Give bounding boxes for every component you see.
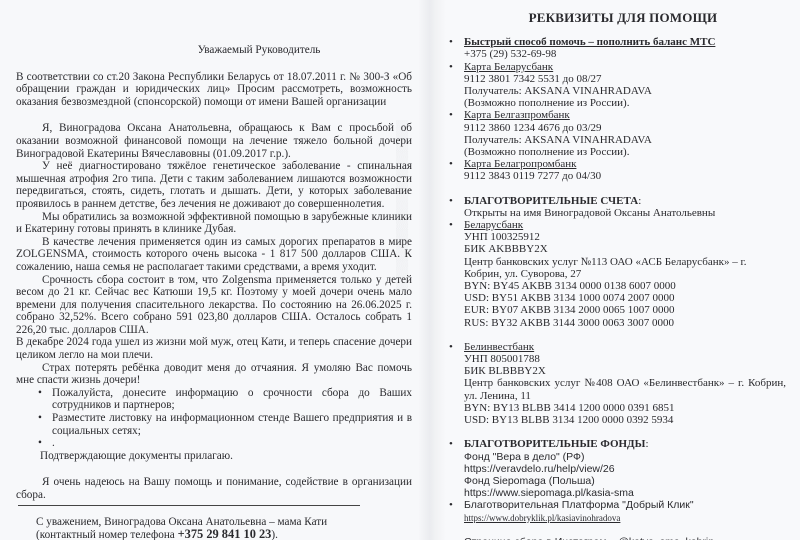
instagram-item[interactable]: Страница сбора в Инстаграм – @katya_sma_… <box>446 536 786 540</box>
letter-paragraph: В качестве лечения применяется один из с… <box>16 236 412 274</box>
mts-item: Быстрый способ помочь – пополнить баланс… <box>446 36 786 60</box>
card-note: (Возможно пополнение из России). <box>464 146 786 158</box>
bank-account: EUR: BY07 AKBB 3134 2000 0065 1007 0000 <box>464 304 786 316</box>
card-note: (Возможно пополнение из России). <box>464 97 786 109</box>
platform-name: Благотворительная Платформа "Добрый Клик… <box>464 499 786 511</box>
funds-item: БЛАГОТВОРИТЕЛЬНЫЕ ФОНДЫ: Фонд "Вера в де… <box>446 438 786 499</box>
bank-bic: БИК BLBBBY2X <box>464 365 786 377</box>
bank-account: USD: BY13 BLBB 3134 1200 0000 0392 5934 <box>464 414 786 426</box>
letter-plea: Страх потерять ребёнка доводит меня до о… <box>16 362 412 387</box>
bank-account: BYN: BY13 BLBB 3414 1200 0000 0391 6851 <box>464 402 786 414</box>
requisites: РЕКВИЗИТЫ ДЛЯ ПОМОЩИ Быстрый способ помо… <box>446 12 786 540</box>
card-item: Карта Беларусбанк 9112 3801 7342 5531 до… <box>446 61 786 110</box>
letter-paragraph: Я, Виноградова Оксана Анатольевна, обращ… <box>16 122 412 160</box>
bank-item-belarusbank: Беларусбанк УНП 100325912 БИК AKBBBY2X Ц… <box>446 219 786 329</box>
requisites-list: Быстрый способ помочь – пополнить баланс… <box>446 36 786 540</box>
charity-accounts-item: БЛАГОТВОРИТЕЛЬНЫЕ СЧЕТА: Открыты на имя … <box>446 195 786 219</box>
letter-paragraph: Мы обратились за возможной эффективной п… <box>16 211 412 236</box>
fund-name: Фонд Siepomaga (Польша) <box>464 475 786 487</box>
bank-center: Центр банковских услуг №408 ОАО «Белинве… <box>464 377 786 401</box>
platform-item: Благотворительная Платформа "Добрый Клик… <box>446 499 786 523</box>
fund-link[interactable]: https://www.siepomaga.pl/kasia-sma <box>464 487 786 499</box>
charity-accounts-heading: БЛАГОТВОРИТЕЛЬНЫЕ СЧЕТА: <box>464 195 786 207</box>
bank-unp: УНП 100325912 <box>464 231 786 243</box>
fund-name: Фонд "Вера в дело" (РФ) <box>464 451 786 463</box>
card-bank: Карта Белгазпромбанк <box>464 109 786 121</box>
card-recipient: Получатель: AKSANA VINAHRADAVA <box>464 134 786 146</box>
bank-item-belinvestbank: Белинвестбанк УНП 805001788 БИК BLBBBY2X… <box>446 341 786 426</box>
card-item: Карта Белгазпромбанк 9112 3860 1234 4676… <box>446 109 786 158</box>
request-item: . <box>40 437 412 450</box>
card-number: 9112 3801 7342 5531 до 08/27 <box>464 73 786 85</box>
bank-name: Белинвестбанк <box>464 341 786 353</box>
funds-heading: БЛАГОТВОРИТЕЛЬНЫЕ ФОНДЫ: <box>464 438 786 450</box>
bank-center: Центр банковских услуг №113 ОАО «АСБ Бел… <box>464 256 754 280</box>
letter-paragraph: У неё диагностировано тяжёлое генетическ… <box>16 160 412 210</box>
page-fold <box>418 0 446 540</box>
card-item: Карта Белагропромбанк 9112 3843 0119 727… <box>446 158 786 182</box>
letter-hope: Я очень надеюсь на Вашу помощь и пониман… <box>16 476 412 501</box>
bank-bic: БИК AKBBBY2X <box>464 243 786 255</box>
card-bank: Карта Белагропромбанк <box>464 158 786 170</box>
fund-link[interactable]: https://veravdelo.ru/help/view/26 <box>464 463 786 475</box>
card-bank: Карта Беларусбанк <box>464 61 786 73</box>
letter-greeting: Уважаемый Руководитель <box>16 44 412 57</box>
request-item: Разместите листовку на информационном ст… <box>40 412 412 437</box>
appeal-letter: Уважаемый Руководитель В соответствии со… <box>16 44 412 540</box>
charity-accounts-owner: Открыты на имя Виноградовой Оксаны Анато… <box>464 207 786 219</box>
bank-name: Беларусбанк <box>464 219 786 231</box>
letter-paragraph: В декабре 2024 года ушел из жизни мой му… <box>16 336 412 361</box>
letter-confirm: Подтверждающие документы прилагаю. <box>16 450 412 463</box>
card-number: 9112 3860 1234 4676 до 03/29 <box>464 122 786 134</box>
letter-contact: (контактный номер телефона +375 29 841 1… <box>16 528 412 540</box>
card-recipient: Получатель: AKSANA VINAHRADAVA <box>464 85 786 97</box>
platform-link[interactable]: https://www.dobryklik.pl/kasiavinohradov… <box>464 512 786 524</box>
mts-label: Быстрый способ помочь – пополнить баланс… <box>464 36 786 48</box>
letter-paragraph: Срочность сбора состоит в том, что Zolge… <box>16 274 412 337</box>
request-item: Пожалуйста, донесите информацию о срочно… <box>40 387 412 412</box>
bank-account: USD: BY51 AKBB 3134 1000 0074 2007 0000 <box>464 292 786 304</box>
card-number: 9112 3843 0119 7277 до 04/30 <box>464 170 786 182</box>
bank-unp: УНП 805001788 <box>464 353 786 365</box>
letter-intro: В соответствии со ст.20 Закона Республик… <box>16 71 412 109</box>
bank-account: BYN: BY45 AKBB 3134 0000 0138 6007 0000 <box>464 280 786 292</box>
bank-account: RUS: BY32 AKBB 3144 3000 0063 3007 0000 <box>464 317 786 329</box>
divider-line <box>18 505 360 506</box>
mts-phone: +375 (29) 532-69-98 <box>464 48 786 60</box>
requisites-title: РЕКВИЗИТЫ ДЛЯ ПОМОЩИ <box>446 12 786 24</box>
request-list: Пожалуйста, донесите информацию о срочно… <box>16 387 412 450</box>
contact-phone: +375 29 841 10 23 <box>178 527 272 540</box>
